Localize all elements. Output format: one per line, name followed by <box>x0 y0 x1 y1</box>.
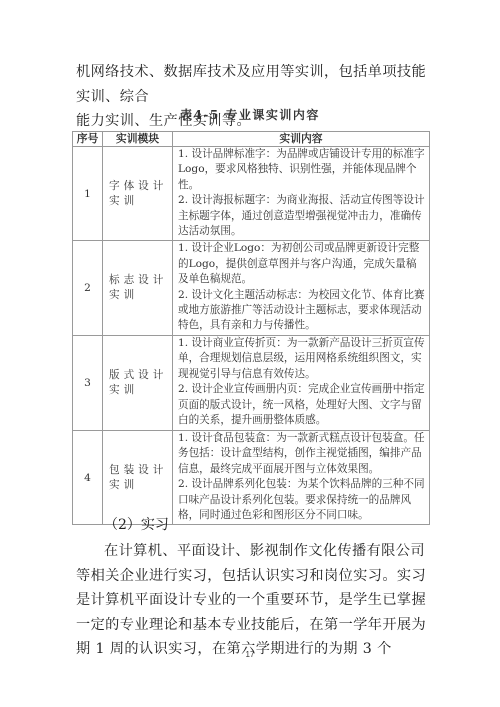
table-row: 1 字体设计实训 1. 设计品牌标准字：为品牌或店铺设计专用的标准字Logo，要… <box>73 147 430 241</box>
row-number: 3 <box>73 335 103 430</box>
row-number: 4 <box>73 430 103 524</box>
intro-line: 机网络技术、数据库技术及应用等实训，包括单项技能实训、综合 <box>76 60 428 109</box>
section-heading: （2）实习 <box>104 513 169 537</box>
row-module: 字体设计实训 <box>103 147 173 241</box>
header-content: 实训内容 <box>173 132 430 147</box>
content-item: 2. 设计文化主题活动标志：为校园文化节、体育比赛或地方旅游推广等活动设计主题标… <box>178 288 425 334</box>
page-number: 17 <box>0 650 500 659</box>
table-caption: 表4-5 专业课实训内容 <box>0 106 500 123</box>
content-item: 1. 设计品牌标准字：为品牌或店铺设计专用的标准字Logo，要求风格独特、识别性… <box>178 147 425 193</box>
table-header-row: 序号 实训模块 实训内容 <box>73 132 430 147</box>
content-item: 1. 设计食品包装盒：为一款新式糕点设计包装盒。任务包括：设计盒型结构，创作主视… <box>178 431 425 477</box>
row-module: 包装设计实训 <box>103 430 173 524</box>
paragraph-text: 在计算机、平面设计、影视制作文化传播有限公司等相关企业进行实习，包括认识实习和岗… <box>76 539 428 662</box>
row-number: 2 <box>73 241 103 335</box>
table-row: 3 版式设计实训 1. 设计商业宣传折页：为一款新产品设计三折页宣传单，合理规划… <box>73 335 430 430</box>
content-item: 1. 设计商业宣传折页：为一款新产品设计三折页宣传单，合理规划信息层级，运用网格… <box>178 336 425 382</box>
content-item: 2. 设计品牌系列化包装：为某个饮料品牌的三种不同口味产品设计系列化包装。要求保… <box>178 477 425 523</box>
content-item: 1. 设计企业Logo：为初创公司或品牌更新设计完整的Logo，提供创意草图并与… <box>178 241 425 287</box>
table-row: 2 标志设计实训 1. 设计企业Logo：为初创公司或品牌更新设计完整的Logo… <box>73 241 430 335</box>
document-page: 机网络技术、数据库技术及应用等实训，包括单项技能实训、综合 能力实训、生产性实训… <box>0 0 500 707</box>
internship-paragraph: 在计算机、平面设计、影视制作文化传播有限公司等相关企业进行实习，包括认识实习和岗… <box>76 539 428 662</box>
content-item: 2. 设计海报标题字：为商业海报、活动宣传图等设计主标题字体，通过创意造型增强视… <box>178 193 425 239</box>
row-module: 版式设计实训 <box>103 335 173 430</box>
row-content: 1. 设计品牌标准字：为品牌或店铺设计专用的标准字Logo，要求风格独特、识别性… <box>173 147 430 241</box>
content-item: 2. 设计企业宣传画册内页：完成企业宣传画册中指定页面的版式设计，统一风格，处理… <box>178 382 425 428</box>
row-number: 1 <box>73 147 103 241</box>
training-table: 序号 实训模块 实训内容 1 字体设计实训 1. 设计品牌标准字：为品牌或店铺设… <box>72 131 430 525</box>
row-content: 1. 设计商业宣传折页：为一款新产品设计三折页宣传单，合理规划信息层级，运用网格… <box>173 335 430 430</box>
header-module: 实训模块 <box>103 132 173 147</box>
row-module: 标志设计实训 <box>103 241 173 335</box>
row-content: 1. 设计企业Logo：为初创公司或品牌更新设计完整的Logo，提供创意草图并与… <box>173 241 430 335</box>
table-row: 4 包装设计实训 1. 设计食品包装盒：为一款新式糕点设计包装盒。任务包括：设计… <box>73 430 430 524</box>
row-content: 1. 设计食品包装盒：为一款新式糕点设计包装盒。任务包括：设计盒型结构，创作主视… <box>173 430 430 524</box>
header-number: 序号 <box>73 132 103 147</box>
